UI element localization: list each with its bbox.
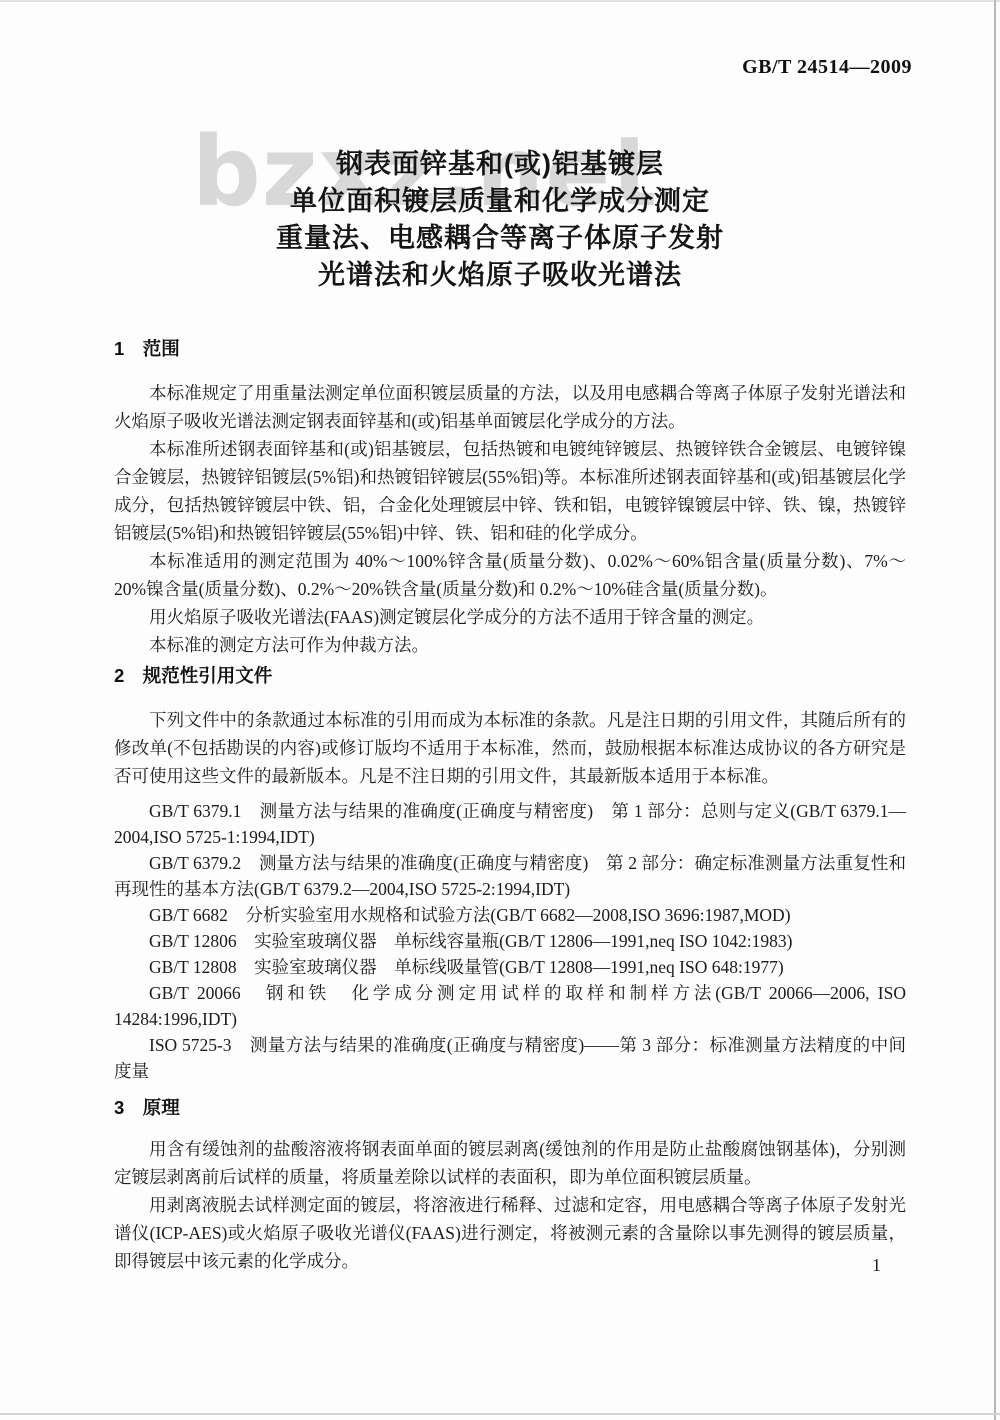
scope-paragraph-1: 本标准规定了用重量法测定单位面积镀层质量的方法，以及用电感耦合等离子体原子发射光… bbox=[114, 379, 906, 435]
title-line-1: 钢表面锌基和(或)铝基镀层 bbox=[0, 146, 1000, 183]
title-line-2: 单位面积镀层质量和化学成分测定 bbox=[0, 183, 1000, 220]
reference-item-5: GB/T 12808 实验室玻璃仪器 单标线吸量管(GB/T 12808—199… bbox=[114, 954, 906, 980]
principle-paragraph-1: 用含有缓蚀剂的盐酸溶液将钢表面单面的镀层剥离(缓蚀剂的作用是防止盐酸腐蚀钢基体)… bbox=[114, 1135, 906, 1191]
reference-item-7: ISO 5725-3 测量方法与结果的准确度(正确度与精密度)——第 3 部分：… bbox=[114, 1032, 906, 1084]
reference-item-3: GB/T 6682 分析实验室用水规格和试验方法(GB/T 6682—2008,… bbox=[114, 902, 906, 928]
principle-paragraph-2: 用剥离液脱去试样测定面的镀层，将溶液进行稀释、过滤和定容，用电感耦合等离子体原子… bbox=[114, 1191, 906, 1275]
standard-code: GB/T 24514—2009 bbox=[742, 56, 912, 79]
page-number: 1 bbox=[872, 1255, 881, 1276]
normative-references-intro: 下列文件中的条款通过本标准的引用而成为本标准的条款。凡是注日期的引用文件，其随后… bbox=[114, 706, 906, 790]
scope-paragraph-2: 本标准所述钢表面锌基和(或)铝基镀层，包括热镀和电镀纯锌镀层、热镀锌铁合金镀层、… bbox=[114, 435, 906, 547]
document-body: 1 范围 本标准规定了用重量法测定单位面积镀层质量的方法，以及用电感耦合等离子体… bbox=[114, 336, 906, 1275]
document-title: 钢表面锌基和(或)铝基镀层 单位面积镀层质量和化学成分测定 重量法、电感耦合等离… bbox=[0, 146, 1000, 294]
section-heading-scope: 1 范围 bbox=[114, 336, 906, 362]
scope-paragraph-5: 本标准的测定方法可作为仲裁方法。 bbox=[114, 631, 906, 659]
scope-paragraph-4: 用火焰原子吸收光谱法(FAAS)测定镀层化学成分的方法不适用于锌含量的测定。 bbox=[114, 603, 906, 631]
reference-item-4: GB/T 12806 实验室玻璃仪器 单标线容量瓶(GB/T 12806—199… bbox=[114, 928, 906, 954]
scope-paragraph-3: 本标准适用的测定范围为 40%～100%锌含量(质量分数)、0.02%～60%铝… bbox=[114, 547, 906, 603]
section-heading-normative-references: 2 规范性引用文件 bbox=[114, 663, 906, 689]
title-line-3: 重量法、电感耦合等离子体原子发射 bbox=[0, 220, 1000, 257]
section-heading-principle: 3 原理 bbox=[114, 1095, 906, 1121]
reference-item-1: GB/T 6379.1 测量方法与结果的准确度(正确度与精密度) 第 1 部分：… bbox=[114, 798, 906, 850]
scan-edge-bottom bbox=[0, 1413, 1000, 1415]
title-line-4: 光谱法和火焰原子吸收光谱法 bbox=[0, 257, 1000, 294]
reference-item-2: GB/T 6379.2 测量方法与结果的准确度(正确度与精密度) 第 2 部分：… bbox=[114, 850, 906, 902]
reference-item-6: GB/T 20066 钢和铁 化学成分测定用试样的取样和制样方法(GB/T 20… bbox=[114, 980, 906, 1032]
scan-edge-top bbox=[0, 0, 1000, 2]
